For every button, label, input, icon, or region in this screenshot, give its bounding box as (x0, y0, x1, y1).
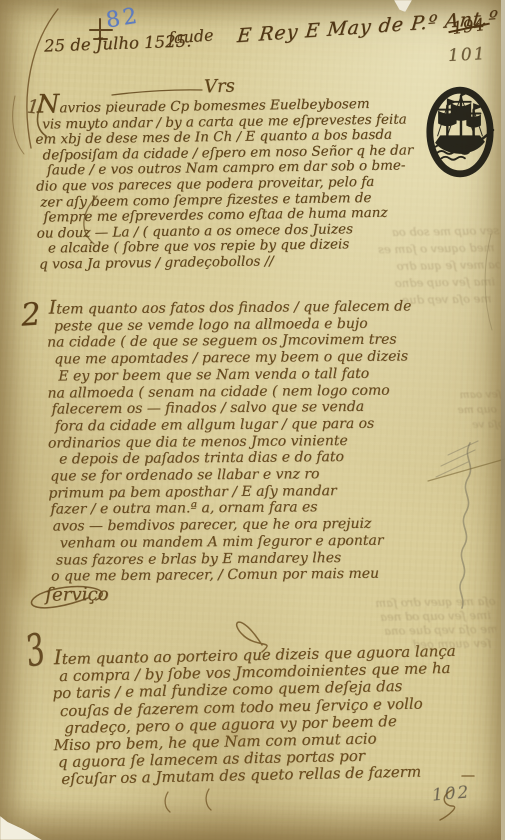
margin-numeral-3: 3 (21, 623, 50, 677)
torn-notch-top-edge (394, 0, 412, 12)
manuscript-line: fora da cidade em allgum lugar / que par… (55, 415, 413, 435)
manuscript-page: sev oup me sob oamed oquev o ſam esoa me… (0, 0, 505, 840)
bleedthrough-line: oſa ve (428, 417, 502, 432)
saude-word: ſaude (167, 25, 214, 47)
old-folio-number-struck: 194 (451, 15, 486, 39)
pencil-hatch-marks (436, 441, 478, 477)
paragraph-1: Navrios pieurade Cp bomesmes Euelbeybose… (37, 91, 415, 273)
manuscript-line: venham ou mandem A mim ſeguror e apontar (60, 532, 414, 552)
bleedthrough-line: ſev oam (428, 387, 502, 403)
bleedthrough-text: ſev oamoup meoſa ve (428, 387, 503, 432)
paragraph-3: Item quanto ao porteiro que dizeis que a… (54, 641, 459, 789)
archivist-number-blue: 82 (104, 3, 141, 33)
torn-corner-bottom-left (0, 816, 42, 840)
pencil-wavy-line (460, 443, 471, 608)
bottom-pen-marks (165, 789, 211, 812)
manuscript-line: ſerviço (45, 584, 414, 604)
archive-ship-stamp-icon (424, 84, 496, 180)
margin-numeral-2: 2 (20, 296, 42, 333)
pencil-folio-number: 102 (431, 782, 471, 805)
paper-stain (0, 798, 505, 840)
manuscript-line: o que me bem parecer, / Comun por mais m… (51, 566, 414, 586)
left-margin-flourish-2 (13, 96, 24, 154)
scan-edge-right (501, 0, 505, 840)
bleedthrough-line: oup me (428, 402, 497, 418)
paper-stain (4, 516, 32, 612)
folio-number: 101 (448, 44, 487, 66)
paragraph-2: Item quanto aos fatos dos finados / que … (49, 297, 414, 604)
stray-ink-line (428, 459, 505, 481)
